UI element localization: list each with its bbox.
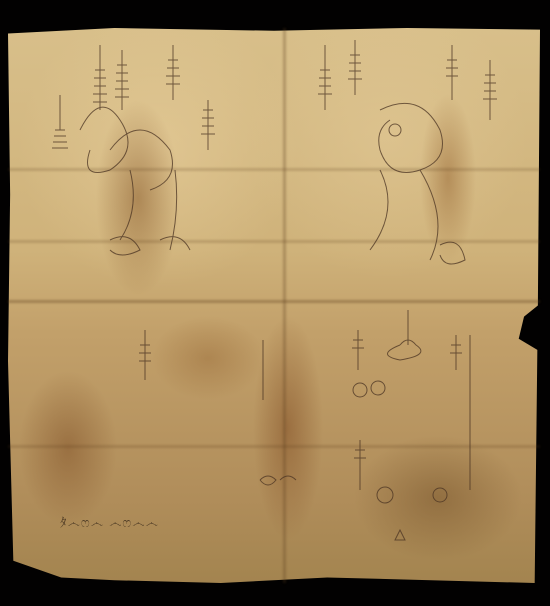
spire-icon bbox=[139, 310, 470, 490]
spire-icon bbox=[318, 40, 497, 120]
spire-icon bbox=[52, 45, 215, 150]
handwritten-inscription: ﾀ෴ෆ෴ ෴ෆ෴෴ bbox=[60, 512, 159, 531]
